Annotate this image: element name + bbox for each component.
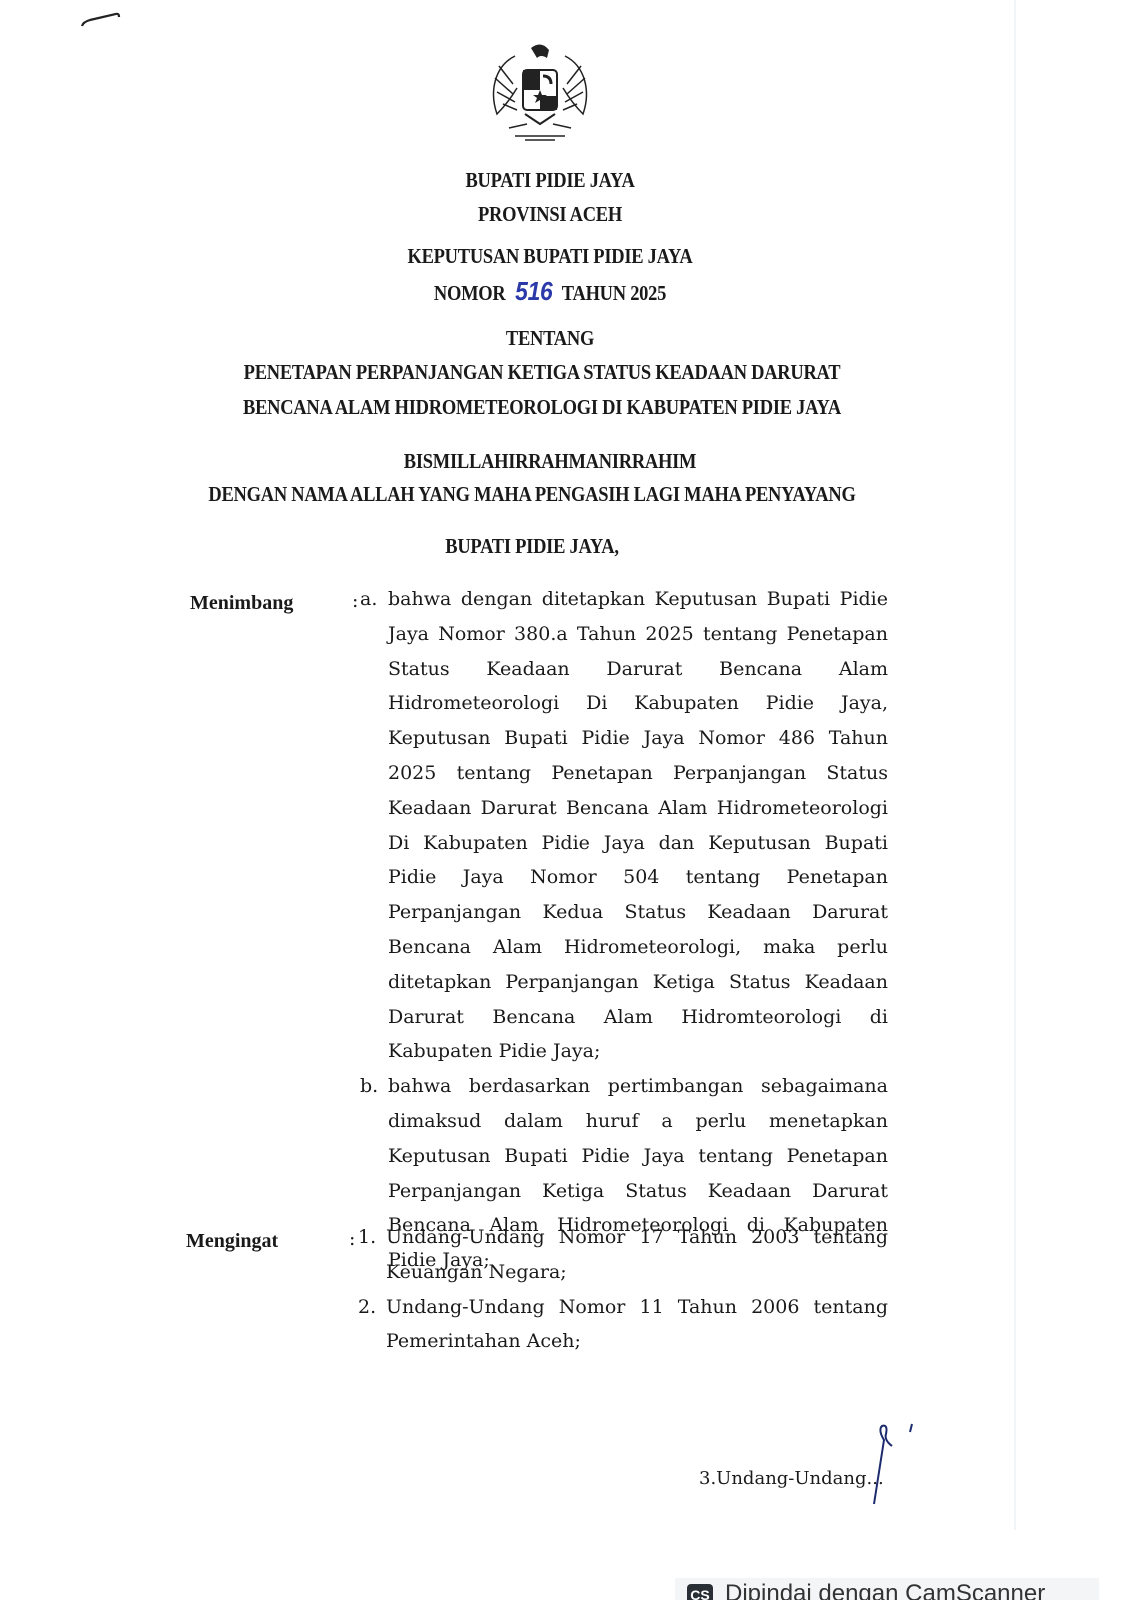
watermark-text: Dipindai dengan CamScanner [725,1580,1045,1600]
item-marker: 2. [358,1290,386,1360]
camscanner-logo-icon: CS [687,1584,713,1600]
subject-line-1: PENETAPAN PERPANJANGAN KETIGA STATUS KEA… [58,360,1026,385]
subject-line-2: BENCANA ALAM HIDROMETEOROLOGI DI KABUPAT… [58,395,1026,420]
basmalah-translation: DENGAN NAMA ALLAH YANG MAHA PENGASIH LAG… [48,482,1016,507]
decree-title: KEPUTUSAN BUPATI PIDIE JAYA [66,244,1034,269]
pen-mark-icon [80,10,122,30]
menimbang-label: Menimbang [190,592,293,615]
menimbang-list: a. bahwa dengan ditetapkan Keputusan Bup… [360,582,888,1278]
official-title: BUPATI PIDIE JAYA [66,168,1034,193]
issuer-heading: BUPATI PIDIE JAYA, [48,534,1016,559]
nomor-label: NOMOR [434,281,506,305]
menimbang-item-a: a. bahwa dengan ditetapkan Keputusan Bup… [360,582,888,1069]
basmalah: BISMILLAHIRRAHMANIRRAHIM [66,449,1034,474]
item-text: bahwa dengan ditetapkan Keputusan Bupati… [388,582,888,1069]
paraf-signature-icon [866,1420,926,1510]
mengingat-colon: : [349,1228,355,1250]
garuda-emblem-icon [485,36,595,151]
decree-number-line: NOMOR 516 TAHUN 2025 [66,276,1034,307]
item-text: Undang-Undang Nomor 17 Tahun 2003 tentan… [386,1220,888,1290]
camscanner-watermark: CS Dipindai dengan CamScanner [675,1578,1099,1600]
nomor-value: 516 [515,276,552,306]
province-title: PROVINSI ACEH [66,202,1034,227]
tahun-label: TAHUN 2025 [562,281,666,305]
tentang-heading: TENTANG [66,326,1034,351]
item-marker: a. [360,582,388,1069]
menimbang-colon: : [352,590,358,612]
mengingat-item-1: 1. Undang-Undang Nomor 17 Tahun 2003 ten… [358,1220,888,1290]
mengingat-label: Mengingat [186,1230,278,1253]
mengingat-list: 1. Undang-Undang Nomor 17 Tahun 2003 ten… [358,1220,888,1359]
page-edge [1014,0,1016,1530]
item-text: Undang-Undang Nomor 11 Tahun 2006 tentan… [386,1290,888,1360]
item-marker: 1. [358,1220,386,1290]
continuation-reference: 3.Undang-Undang... [699,1468,884,1489]
mengingat-item-2: 2. Undang-Undang Nomor 11 Tahun 2006 ten… [358,1290,888,1360]
